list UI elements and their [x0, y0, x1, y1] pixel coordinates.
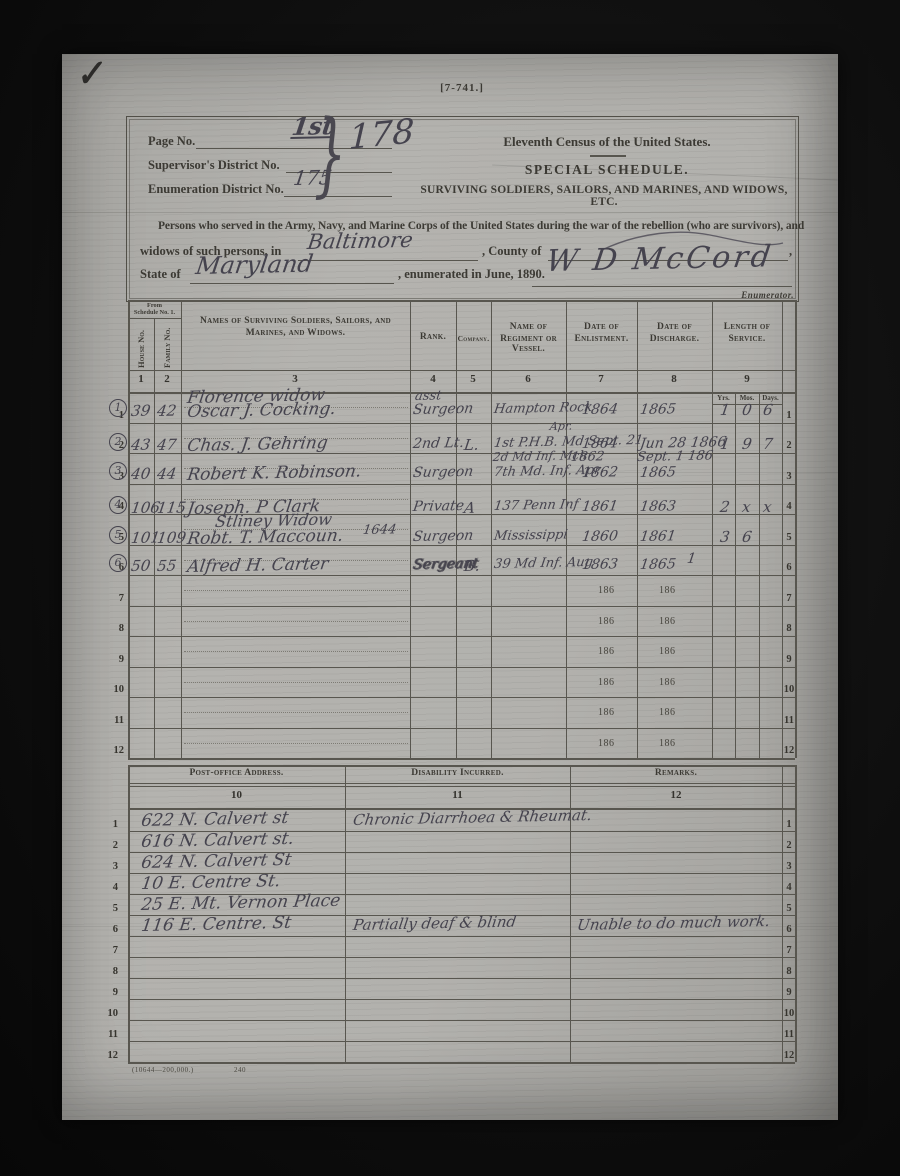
t2-row-line	[128, 1020, 795, 1021]
col-remarks-label: Remarks.	[570, 768, 782, 778]
line2-comma: ,	[789, 244, 792, 259]
t1-vline	[128, 300, 130, 758]
t1-row-number-left: 7	[108, 593, 124, 604]
t1-row-number-right: 2	[783, 440, 795, 451]
t1-entry-discharge: 1865	[639, 556, 677, 573]
t1-entry-name: Alfred H. Carter	[186, 554, 330, 577]
col-service-label-1: Length of	[712, 322, 782, 332]
col-company-label: Company.	[456, 334, 491, 343]
t2-row-number-right: 1	[783, 819, 795, 830]
checkmark-annotation: ✓	[72, 52, 106, 96]
t2-row-number-left: 7	[102, 945, 118, 956]
t1-entry-name: Robt. T. Maccoun.	[186, 526, 345, 549]
t1-entry-discharge: 1865	[639, 464, 677, 481]
col-rank-label: Rank.	[410, 332, 456, 342]
t1-entry-enlist: 1864	[581, 401, 619, 418]
t2-row-number-left: 12	[102, 1050, 118, 1061]
t1-entry-enlist: 1860	[581, 528, 619, 545]
blank-line	[190, 283, 394, 284]
t1-entry-family: 109	[156, 528, 187, 547]
district-combined-value: 178	[348, 111, 415, 158]
t2-row-number-left: 6	[102, 924, 118, 935]
t1-entry-enlist: 1861	[581, 498, 619, 515]
signature-line	[532, 286, 792, 287]
t1-entry-company: L.	[463, 435, 480, 453]
schedule-subtitle: SURVIVING SOLDIERS, SAILORS, AND MARINES…	[412, 184, 796, 208]
t1-row-line	[128, 606, 795, 607]
county-label: , County of	[482, 244, 541, 259]
t1-name-dotted-line	[184, 590, 408, 591]
t2-entry-disability: Chronic Diarrhoea & Rheumat.	[352, 806, 593, 829]
preprinted-year: 186	[598, 585, 615, 596]
t1-entry-family: 115	[156, 498, 187, 517]
enumerator-label: Enumerator.	[682, 290, 794, 300]
enumerator-signature: W D McCord	[544, 239, 776, 279]
form-number: [7-741.]	[402, 82, 522, 94]
preprinted-year: 186	[659, 677, 676, 688]
col-regiment-label-1: Name of	[491, 322, 566, 332]
t1-entry-regiment: 137 Penn Inf	[493, 497, 579, 514]
t2-entry-address: 25 E. Mt. Vernon Place	[140, 891, 342, 915]
t1-row-line	[128, 758, 795, 760]
preprinted-year: 186	[659, 646, 676, 657]
t1-hline	[128, 370, 795, 371]
t1-vline	[410, 300, 411, 758]
t2-entry-address: 10 E. Centre St.	[140, 871, 282, 894]
t2-entry-disability: Partially deaf & blind	[352, 913, 517, 934]
t1-entry-days: x	[762, 497, 773, 515]
col-number: 3	[283, 373, 307, 385]
t2-entry-address: 622 N. Calvert st	[140, 808, 290, 831]
col-number: 9	[735, 373, 759, 385]
t2-vline	[345, 765, 346, 1062]
state-label: State of	[140, 267, 181, 282]
t1-entry-circle: 5	[109, 526, 127, 544]
state-value: Maryland	[194, 250, 315, 280]
col-address-label: Post-office Address.	[128, 768, 345, 778]
form-fineprint-code: 240	[234, 1066, 246, 1074]
t1-row-number-right: 11	[783, 715, 795, 726]
t2-vline	[795, 765, 797, 1062]
t2-row-number-left: 10	[102, 1008, 118, 1019]
t2-row-line	[128, 1062, 795, 1064]
t1-row-line	[128, 667, 795, 668]
t2-row-line	[128, 957, 795, 958]
t1-entry-enlist: 1862	[581, 464, 619, 481]
t2-row-number-right: 12	[783, 1050, 795, 1061]
schedule-title: SPECIAL SCHEDULE.	[447, 162, 767, 178]
census-form-paper: ✓ [7-741.] Page No. Supervisor's Distric…	[62, 54, 838, 1120]
t1-entry-rank: Surgeon	[412, 528, 474, 545]
col-enlistment-label-2: Enlistment.	[566, 334, 637, 344]
t2-entry-address: 624 N. Calvert St	[140, 850, 293, 873]
t1-entry-family: 47	[156, 435, 178, 453]
col-enlistment-label-1: Date of	[566, 322, 637, 332]
title-rule	[590, 155, 626, 157]
t2-row-number-left: 4	[102, 882, 118, 893]
t1-row-line	[128, 728, 795, 729]
t1-entry-circle: 6	[109, 554, 127, 572]
t1-entry-house: 50	[130, 556, 152, 574]
t1-entry-rank: Surgeon	[412, 401, 474, 418]
col-names-label-1: Names of Surviving Soldiers, Sailors, an…	[181, 316, 410, 326]
page-no-label: Page No.	[148, 134, 195, 149]
t1-entry-company: B.	[463, 556, 481, 574]
t2-row-number-right: 7	[783, 945, 795, 956]
t2-row-line	[128, 999, 795, 1000]
t2-row-number-right: 6	[783, 924, 795, 935]
t1-entry-circle: 4	[109, 496, 127, 514]
t1-vline	[712, 300, 713, 758]
t1-entry-mos: 9	[741, 434, 753, 452]
col-number: 5	[461, 373, 485, 385]
t1-row-number-right: 5	[783, 532, 795, 543]
t1-row-number-right: 9	[783, 654, 795, 665]
place-value: Baltimore	[306, 228, 414, 254]
col-discharge-label-1: Date of	[637, 322, 712, 332]
t2-row-number-right: 2	[783, 840, 795, 851]
t2-row-number-left: 1	[102, 819, 118, 830]
t1-row-number-right: 6	[783, 562, 795, 573]
t2-vline	[128, 765, 130, 1062]
census-title: Eleventh Census of the United States.	[447, 134, 767, 150]
t1-name-dotted-line	[184, 621, 408, 622]
preprinted-year: 186	[598, 677, 615, 688]
col-number: 7	[589, 373, 613, 385]
t2-entry-address: 116 E. Centre. St	[140, 913, 293, 936]
col-number: 11	[345, 789, 570, 801]
t1-entry-days: 6	[762, 401, 774, 419]
t2-row-number-right: 11	[783, 1029, 795, 1040]
t1-entry-discharge: 1863	[639, 498, 677, 515]
t2-hline	[128, 783, 795, 784]
t1-hline	[128, 300, 795, 302]
t1-entry-yrs: 3	[719, 528, 731, 546]
t2-row-number-left: 5	[102, 903, 118, 914]
t1-row-number-right: 1	[783, 410, 795, 421]
t1-entry-regiment: 39 Md Inf. Aug	[493, 554, 594, 571]
t1-row-number-right: 12	[783, 745, 795, 756]
t1-entry-yrs: 1	[719, 401, 731, 419]
col-number: 2	[155, 373, 179, 385]
t2-entry-address: 616 N. Calvert st.	[140, 829, 295, 852]
t1-name-dotted-line	[184, 712, 408, 713]
t1-row-line	[128, 636, 795, 637]
t1-entry-house: 43	[130, 435, 152, 453]
col-number: 4	[421, 373, 445, 385]
t2-row-number-right: 8	[783, 966, 795, 977]
t1-row-number-left: 11	[108, 715, 124, 726]
t1-entry-circle: 3	[109, 462, 127, 480]
t1-row-number-right: 8	[783, 623, 795, 634]
col-service-label-2: Service.	[712, 334, 782, 344]
t2-row-number-right: 4	[783, 882, 795, 893]
t2-row-number-right: 3	[783, 861, 795, 872]
t1-vline	[491, 300, 492, 758]
t1-entry-discharge2: Sept. 1 186	[636, 448, 714, 465]
schedule-note-line2: Schedule No. 1.	[128, 309, 181, 317]
t1-entry-house: 40	[130, 465, 152, 483]
t2-row-number-left: 2	[102, 840, 118, 851]
t1-row-line	[128, 697, 795, 698]
enumeration-district-label: Enumeration District No.	[148, 182, 284, 197]
t1-entry-enlist: 1863	[581, 556, 619, 573]
t2-row-line	[128, 1041, 795, 1042]
t2-row-number-left: 9	[102, 987, 118, 998]
col-number: 10	[128, 789, 345, 801]
t1-name-dotted-line	[184, 682, 408, 683]
t1-row-number-right: 3	[783, 471, 795, 482]
col-number: 12	[570, 789, 782, 801]
t1-entry-days: 7	[762, 434, 774, 452]
t1-entry-regiment: Hampton Rock	[493, 400, 593, 417]
preprinted-year: 186	[659, 616, 676, 627]
t1-entry-reg-note: Apr.	[549, 419, 573, 432]
col-regiment-label-2: Regiment or Vessel.	[491, 334, 566, 354]
t1-entry-rank: 2nd Lt.	[412, 434, 465, 451]
preprinted-year: 186	[659, 707, 676, 718]
t1-entry-discharge: 1861	[639, 528, 677, 545]
t1-row-number-left: 9	[108, 654, 124, 665]
t2-row-number-left: 8	[102, 966, 118, 977]
t1-entry-rank: Private	[412, 497, 465, 514]
t1-entry-rank: Surgeon	[412, 464, 474, 481]
t1-row-number-right: 10	[783, 684, 795, 695]
t2-entry-remarks: Unable to do much work.	[576, 912, 771, 934]
t1-entry-family: 42	[156, 402, 178, 420]
col-number: 8	[662, 373, 686, 385]
t1-row-number-left: 12	[108, 745, 124, 756]
t1-entry-mos: x	[741, 497, 752, 515]
t1-row-number-left: 10	[108, 684, 124, 695]
col-discharge-label-2: Discharge.	[637, 334, 712, 344]
col-family-label: Family No.	[162, 322, 172, 368]
t1-entry-family: 44	[156, 465, 178, 483]
t1-entry-circle: 2	[109, 433, 127, 451]
preprinted-year: 186	[598, 707, 615, 718]
col-number: 6	[516, 373, 540, 385]
t1-entry-yrs: 1	[719, 434, 731, 452]
t1-row-number-left: 8	[108, 623, 124, 634]
t1-entry-mos: 0	[741, 401, 753, 419]
microfilm-scan: ✓ [7-741.] Page No. Supervisor's Distric…	[0, 0, 900, 1176]
t1-vline	[795, 300, 797, 758]
form-fineprint: (10644—200,000.)	[132, 1066, 194, 1074]
t2-row-number-left: 11	[102, 1029, 118, 1040]
preprinted-year: 186	[598, 646, 615, 657]
t1-entry-discharge: 1865	[639, 401, 677, 418]
t1-entry-yrs: 2	[719, 497, 731, 515]
district-brace: }	[314, 108, 346, 200]
t2-row-line	[128, 978, 795, 979]
t1-entry-regiment: Mississippi	[493, 527, 569, 544]
t1-entry-company: A	[463, 498, 476, 516]
supervisor-district-label: Supervisor's District No.	[148, 158, 280, 173]
t1-vline	[637, 300, 638, 758]
t1-entry-name: Chas. J. Gehring	[186, 433, 329, 456]
t2-row-line	[128, 936, 795, 937]
blank-line	[298, 260, 478, 261]
t2-row-number-right: 9	[783, 987, 795, 998]
t1-row-line	[128, 423, 795, 424]
t1-row-number-right: 4	[783, 501, 795, 512]
preprinted-year: 186	[598, 738, 615, 749]
t1-entry-name-note: 1644	[362, 522, 397, 538]
t1-entry-mark: 1	[686, 550, 697, 566]
t1-entry-name: Robert K. Robinson.	[186, 461, 363, 485]
t2-hline	[128, 765, 795, 767]
preprinted-year: 186	[659, 738, 676, 749]
t2-row-number-right: 10	[783, 1008, 795, 1019]
t1-entry-house: 39	[130, 402, 152, 420]
col-names-label-2: Marines, and Widows.	[181, 328, 410, 338]
enumerated-label: , enumerated in June, 1890.	[398, 267, 545, 282]
t1-row-number-right: 7	[783, 593, 795, 604]
t1-entry-family: 55	[156, 556, 178, 574]
col-disability-label: Disability Incurred.	[345, 768, 570, 778]
t2-row-number-left: 3	[102, 861, 118, 872]
col-house-label: House No.	[136, 322, 146, 368]
t2-row-number-right: 5	[783, 903, 795, 914]
t1-entry-name: Oscar J. Cocking.	[186, 399, 337, 422]
t2-hline	[128, 786, 795, 787]
col-number: 1	[129, 373, 153, 385]
t1-hline	[128, 318, 181, 319]
preprinted-year: 186	[598, 616, 615, 627]
t1-entry-circle: 1	[109, 399, 127, 417]
t1-name-dotted-line	[184, 743, 408, 744]
t1-name-dotted-line	[184, 651, 408, 652]
t1-entry-mos: 6	[741, 528, 753, 546]
preprinted-year: 186	[659, 585, 676, 596]
